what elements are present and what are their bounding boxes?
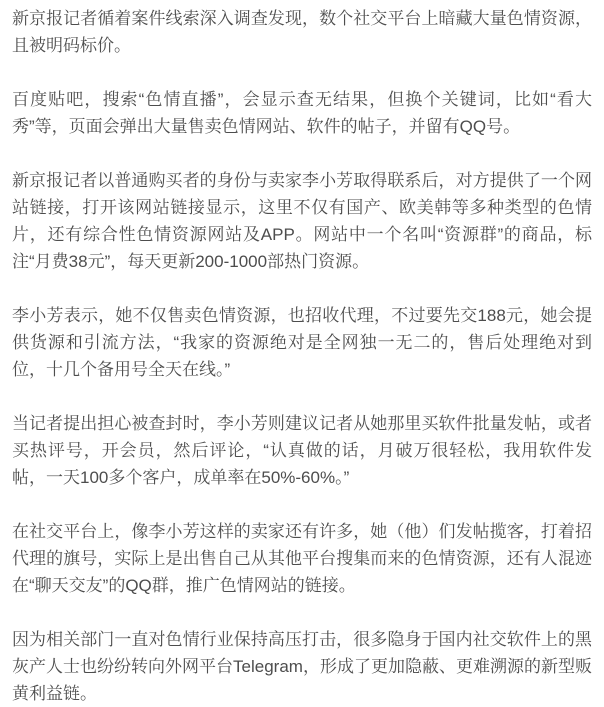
article-page: 新京报记者循着案件线索深入调查发现，数个社交平台上暗藏大量色情资源，且被明码标价… (0, 0, 604, 707)
article-paragraph: 在社交平台上，像李小芳这样的卖家还有许多，她（他）们发帖揽客，打着招代理的旗号，… (12, 518, 592, 599)
article-paragraph: 因为相关部门一直对色情行业保持高压打击，很多隐身于国内社交软件上的黑灰产人士也纷… (12, 626, 592, 707)
article-paragraph: 新京报记者以普通购买者的身份与卖家李小芳取得联系后，对方提供了一个网站链接，打开… (12, 167, 592, 275)
article-paragraph: 新京报记者循着案件线索深入调查发现，数个社交平台上暗藏大量色情资源，且被明码标价… (12, 5, 592, 59)
article-paragraph: 李小芳表示，她不仅售卖色情资源，也招收代理，不过要先交188元，她会提供货源和引… (12, 302, 592, 383)
article-paragraph: 当记者提出担心被查封时，李小芳则建议记者从她那里买软件批量发帖，或者买热评号，开… (12, 410, 592, 491)
article-paragraph: 百度贴吧，搜索“色情直播”，会显示查无结果，但换个关键词，比如“看大秀”等，页面… (12, 86, 592, 140)
